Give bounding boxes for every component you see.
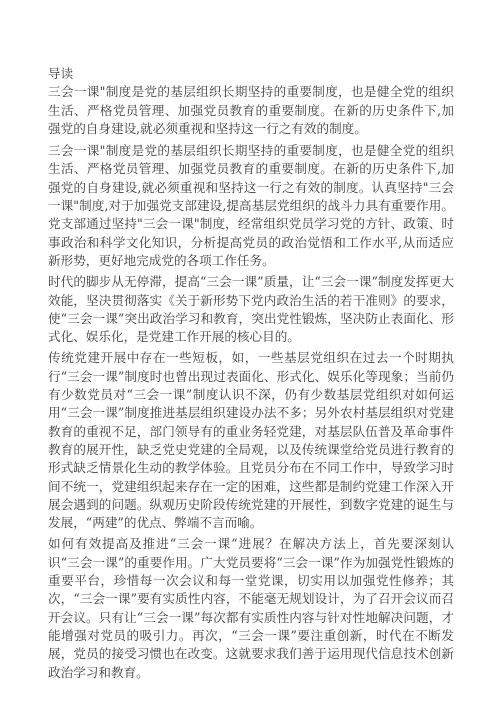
paragraph: 传统党建开展中存在一些短板，如，一些基层党组织在过去一个时期执行“三会一课”制度… — [48, 349, 454, 532]
document-page: 导读 三会一课"制度是党的基层组织长期坚持的重要制度，也是健全党的组织生活、严格… — [48, 65, 454, 685]
paragraph-intro: 三会一课"制度是党的基层组织长期坚持的重要制度，也是健全党的组织生活、严格党员管… — [48, 83, 454, 138]
paragraph: 如何有效提高及推进“三会一课“进展？在解决方法上，首先要深刻认识“三会一课”的重… — [48, 535, 454, 681]
section-heading: 导读 — [48, 65, 454, 83]
paragraph: 三会一课"制度是党的基层组织长期坚持的重要制度，也是健全党的组织生活、严格党员管… — [48, 142, 454, 270]
paragraph: 时代的脚步从无停滞，提高“三会一课”质量，让“三会一课”制度发挥更大效能，坚决贯… — [48, 273, 454, 346]
